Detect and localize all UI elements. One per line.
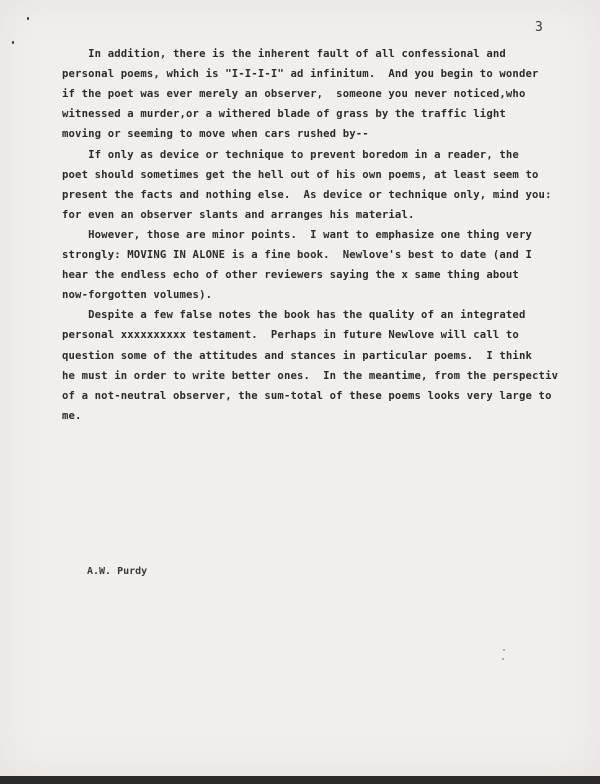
text-line: poet should sometimes get the hell out o… bbox=[62, 169, 539, 181]
margin-mark bbox=[27, 17, 29, 20]
scan-bottom-edge bbox=[0, 776, 600, 784]
text-line: If only as device or technique to preven… bbox=[62, 149, 519, 161]
text-line: personal poems, which is "I-I-I-I" ad in… bbox=[62, 68, 539, 80]
text-line: However, those are minor points. I want … bbox=[62, 229, 532, 241]
signature: A.W. Purdy bbox=[87, 566, 147, 577]
text-line: he must in order to write better ones. I… bbox=[62, 370, 558, 382]
text-line: In addition, there is the inherent fault… bbox=[62, 48, 506, 60]
text-line: moving or seeming to move when cars rush… bbox=[62, 128, 369, 140]
text-line: for even an observer slants and arranges… bbox=[62, 209, 415, 221]
text-line: present the facts and nothing else. As d… bbox=[62, 189, 552, 201]
text-line: of a not-neutral observer, the sum-total… bbox=[62, 390, 552, 402]
paper-speck bbox=[503, 649, 505, 651]
text-line: witnessed a murder,or a withered blade o… bbox=[62, 108, 506, 120]
document-page: 3 In addition, there is the inherent fau… bbox=[0, 0, 600, 776]
text-line: Despite a few false notes the book has t… bbox=[62, 309, 526, 321]
page-number: 3 bbox=[535, 20, 543, 35]
text-line: hear the endless echo of other reviewers… bbox=[62, 269, 519, 281]
paper-speck bbox=[502, 658, 504, 660]
text-line: if the poet was ever merely an observer,… bbox=[62, 88, 526, 100]
text-line: question some of the attitudes and stanc… bbox=[62, 350, 532, 362]
text-line: strongly: MOVING IN ALONE is a fine book… bbox=[62, 249, 532, 261]
margin-mark bbox=[12, 41, 14, 44]
text-line: personal xxxxxxxxxx testament. Perhaps i… bbox=[62, 329, 519, 341]
text-line: me. bbox=[62, 410, 82, 422]
text-line: now-forgotten volumes). bbox=[62, 289, 212, 301]
